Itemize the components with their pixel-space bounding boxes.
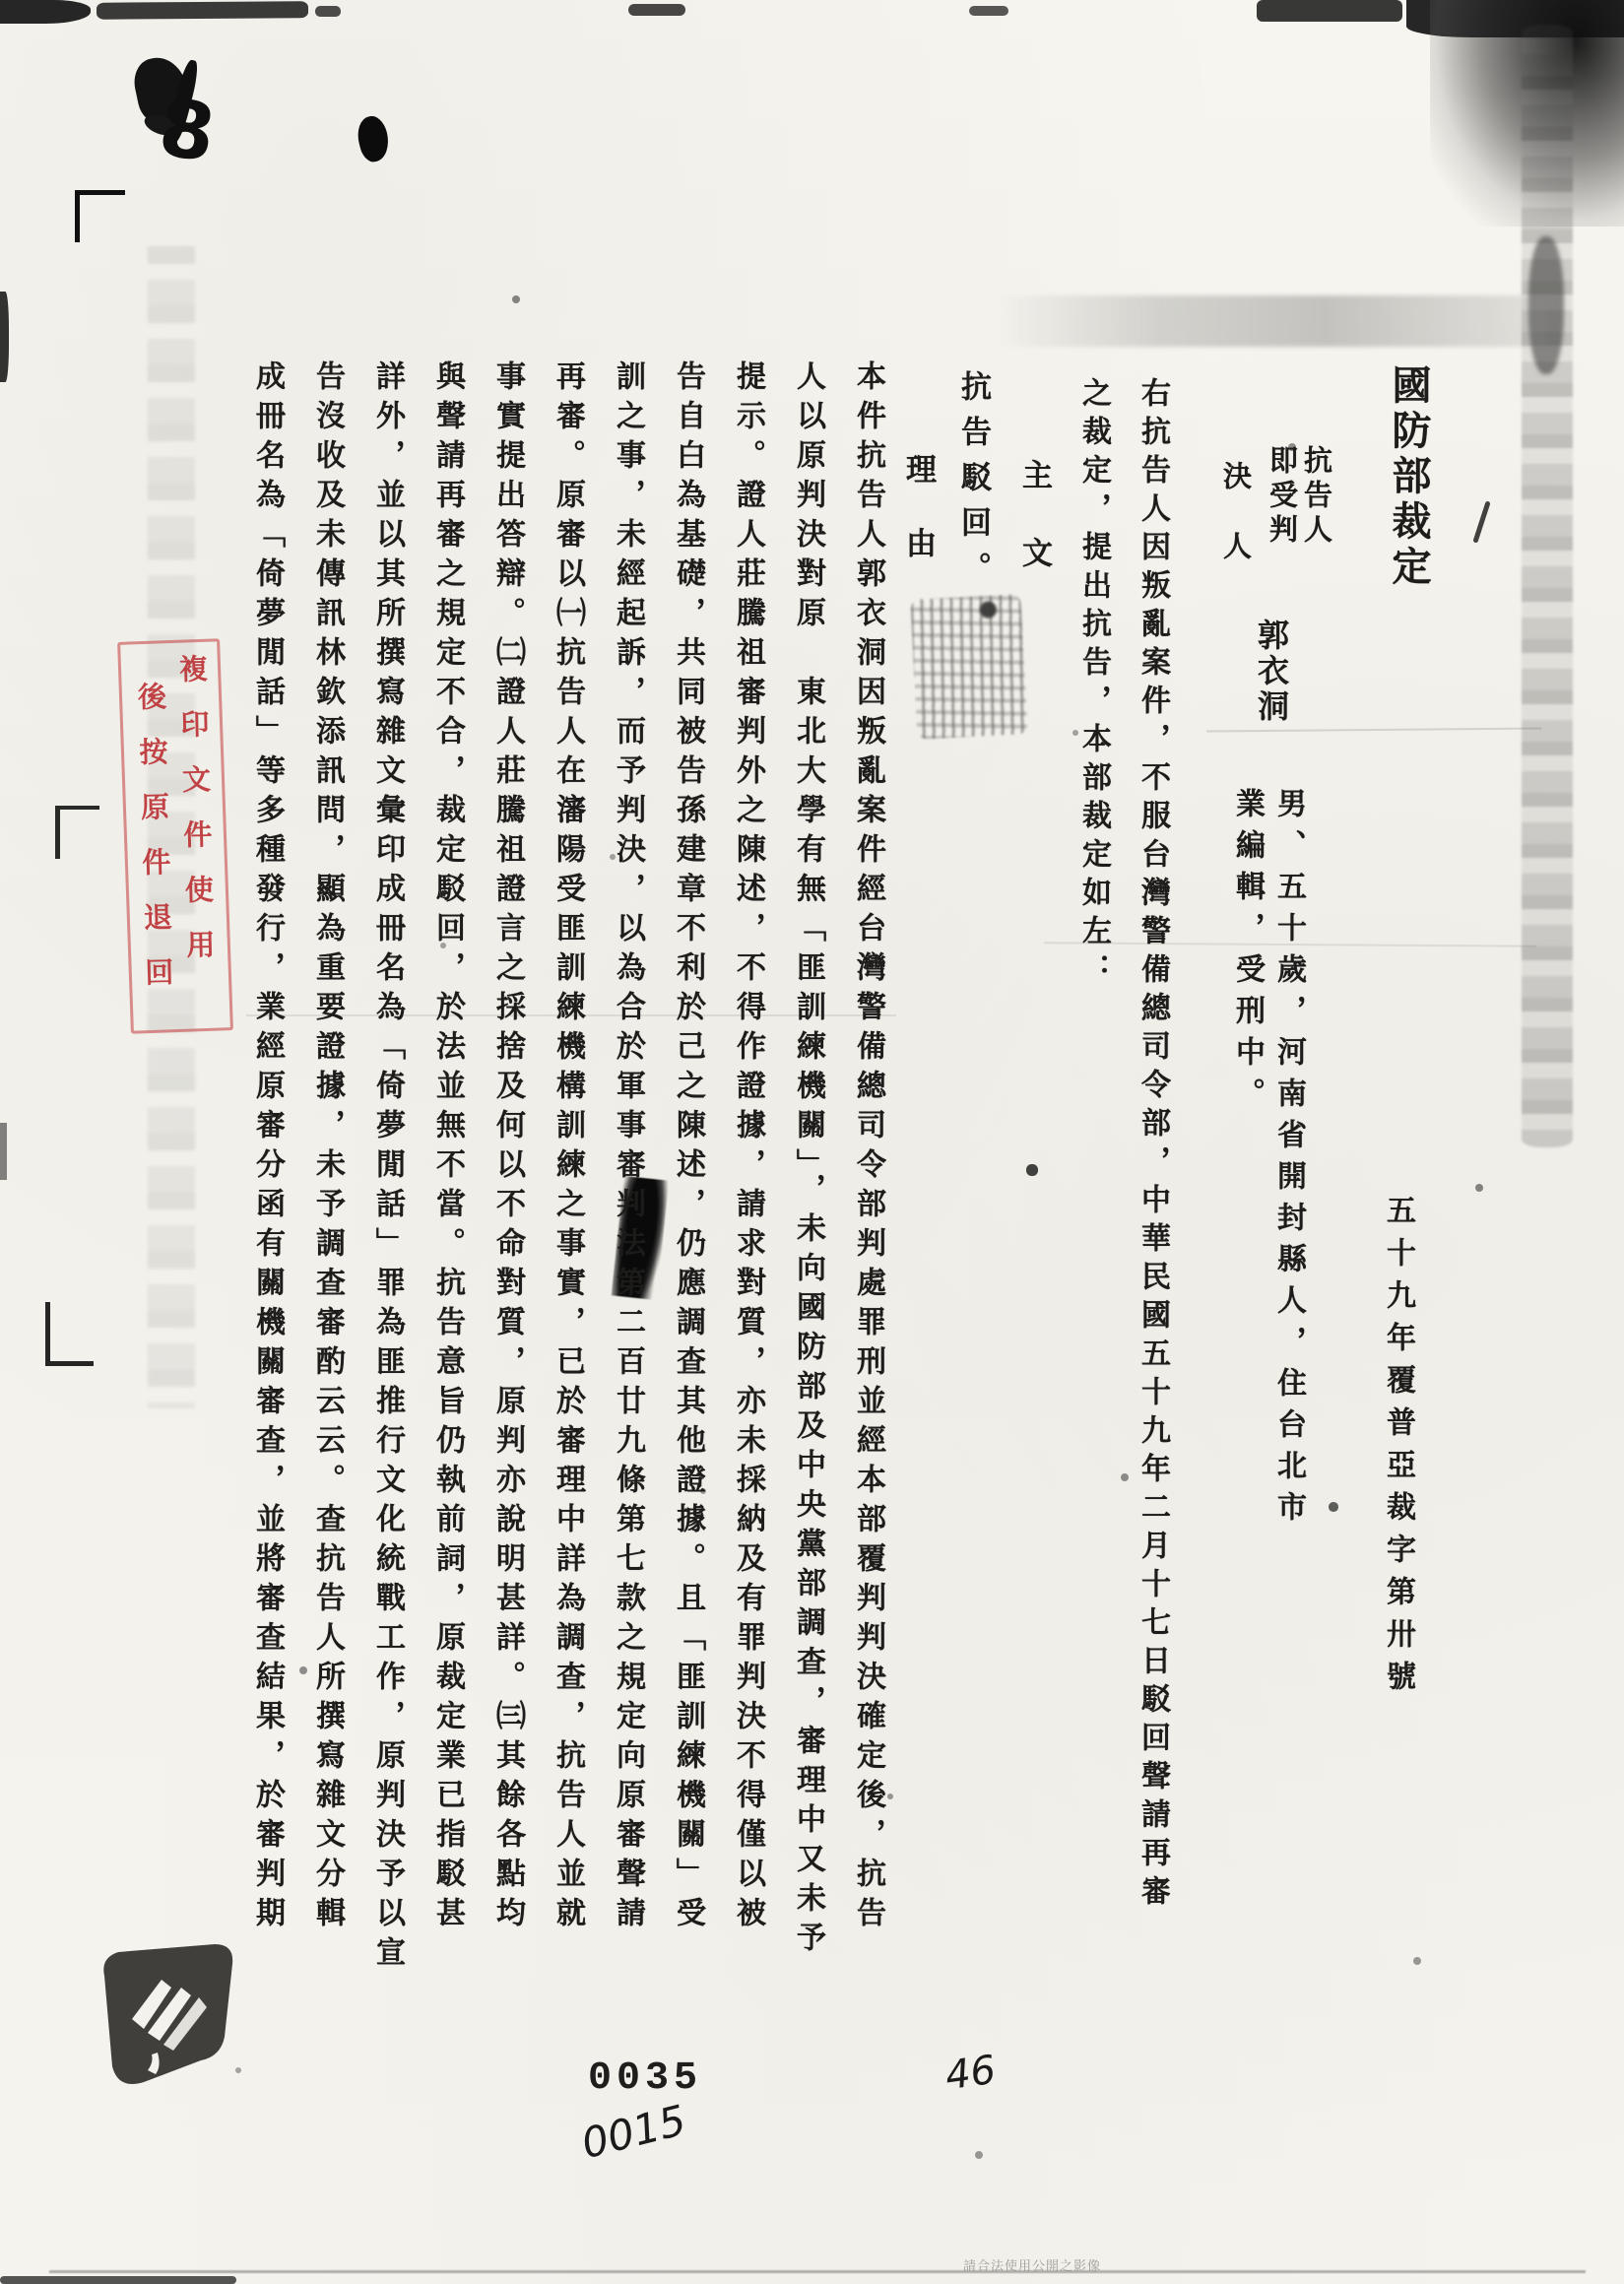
reason-column: 再審。原審以㈠抗告人在瀋陽受匪訓練機構訓練之事實，已於審理中詳為調查，抗告人並就: [552, 360, 583, 1995]
ruling-text: 抗告駁回。: [951, 370, 996, 597]
red-stamp-text: 後按原件退回: [130, 682, 179, 1013]
scan-edge-artifact: [1257, 0, 1402, 22]
reason-column: 訓之事，未經起訴，而予判決，以為合於軍事審判法第二百廿九條第七款之規定向原審聲請: [612, 360, 643, 1995]
archive-logo: [98, 1942, 236, 2090]
reason-column: 提示。證人莊騰祖審判外之陳述，不得作證據，請求對質，亦未採納及有罪判決不得僅以被: [732, 360, 763, 1995]
party-name: 郭衣洞: [1249, 619, 1294, 725]
reason-column: 詳外，並以其所撰寫雜文彙印成冊名為「倚夢閒話」罪為匪推行文化統戰工作，原判決予以…: [371, 360, 403, 1995]
page-number: 0035: [588, 2056, 702, 2101]
red-stamp-text: 複印文件使用: [171, 654, 221, 986]
paper-crease: [1206, 728, 1541, 733]
document-title: 國防部裁定: [1381, 364, 1437, 591]
seal-smudge: [910, 594, 1027, 740]
scan-edge-artifact: [0, 1123, 7, 1180]
scan-edge-artifact: [0, 2276, 236, 2284]
scan-edge-artifact: [0, 292, 9, 382]
ink-spot: [354, 113, 393, 164]
scan-edge-artifact: [49, 2270, 1586, 2273]
party-role-label: 即受判: [1262, 445, 1302, 549]
handwritten-digit: 8: [155, 82, 221, 179]
case-number: 五十九年覆普亞裁字第卅號: [1376, 1195, 1419, 1703]
section-heading-main-text: 主文: [1012, 459, 1057, 615]
reason-text-block: 本件抗告人郭衣洞因叛亂案件經台灣警備總司令部判處罪刑並經本部覆判判決確定後，抗告…: [223, 360, 883, 1995]
corner-crop-mark: [75, 190, 125, 242]
scan-edge-artifact: [315, 6, 341, 17]
dust-specks: [0, 0, 4, 4]
party-role-label: 抗告人: [1296, 445, 1336, 549]
section-heading-reason: 理由: [896, 453, 941, 601]
corner-crop-mark: [45, 1302, 94, 1366]
scan-edge-artifact: [0, 0, 91, 24]
scanned-document-page: 8 國防部裁定 五十九年覆普亞裁字第卅號 抗告人 即受判 決人 郭衣洞 男、五十…: [0, 0, 1624, 2284]
reason-column: 告沒收及未傳訊林欽添訊問，顯為重要證據，未予調查審酌云云。查抗告人所撰寫雜文分輯: [311, 360, 343, 1995]
reason-column: 與聲請再審之規定不合，裁定駁回，於法並無不當。抗告意旨仍執前詞，原裁定業已指駁甚: [431, 360, 463, 1995]
scan-right-streak: [1522, 25, 1573, 1147]
scan-edge-artifact: [628, 4, 685, 16]
scan-edge-artifact: [97, 1, 308, 20]
preamble-column: 右抗告人因叛亂案件，不服台灣警備總司令部，中華民國五十九年二月十七日駁回聲請再審: [1131, 377, 1174, 1914]
reason-column: 本件抗告人郭衣洞因叛亂案件經台灣警備總司令部判處罪刑並經本部覆判判決確定後，抗告: [852, 360, 883, 1995]
party-details: 業編輯，受刑中。: [1225, 788, 1268, 1119]
preamble-column: 之裁定，提出抗告，本部裁定如左：: [1072, 377, 1115, 992]
handwritten-number: 46: [942, 2048, 999, 2100]
scan-edge-artifact: [969, 6, 1008, 16]
scan-smudge: [995, 295, 1546, 347]
pen-mark: [1472, 500, 1490, 543]
handwritten-page-number: 0015: [577, 2096, 691, 2168]
reason-column: 告自白為基礎，共同被告孫建章不利於己之陳述，仍應調查其他證據。且「匪訓練機關」受: [672, 360, 703, 1995]
party-details: 男、五十歲，河南省開封縣人，住台北市: [1267, 788, 1310, 1533]
reason-column: 事實提出答辯。㈡證人莊騰祖證言之採捨及何以不命對質，原判亦說明甚詳。㈢其餘各點均: [491, 360, 523, 1995]
party-role-label: 決人: [1215, 461, 1256, 601]
usage-notice: 請合法使用公開之影像: [963, 2255, 1101, 2274]
corner-crop-mark: [55, 806, 99, 859]
reason-column: 成冊名為「倚夢閒話」等多種發行，業經原審分函有關機關審查，並將審查結果，於審判期: [251, 360, 283, 1995]
reason-column: 人以原判決對原 東北大學有無「匪訓練機關」，未向國防部及中央黨部調查，審理中又未…: [792, 360, 823, 1995]
